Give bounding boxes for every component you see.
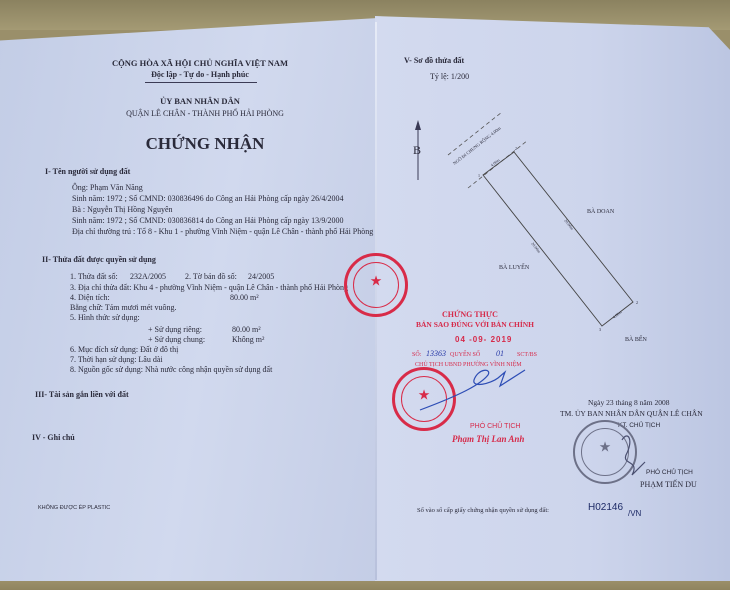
registry-number: H02146 (588, 502, 623, 513)
registry-label: Số vào sổ cấp giấy chứng nhận quyền sử d… (417, 507, 549, 514)
issue-position: PHÓ CHỦ TỊCH (646, 469, 693, 476)
issue-signer: PHẠM TIẾN DU (640, 480, 697, 489)
registry-suffix: /VN (628, 509, 641, 518)
